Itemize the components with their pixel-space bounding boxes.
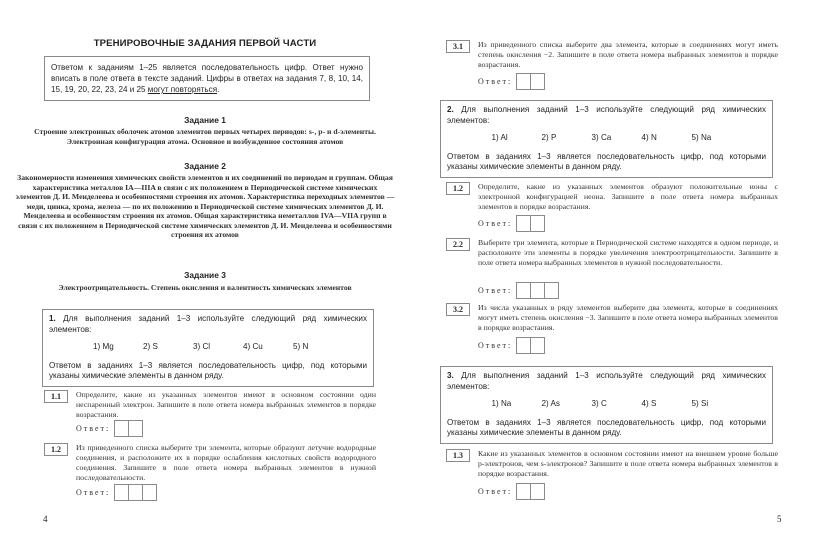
- element-3: 3) Ca: [592, 133, 622, 144]
- element-series-box-2: 2. Для выполнения заданий 1–3 используйт…: [440, 100, 773, 178]
- answer-label: Ответ:: [76, 488, 110, 497]
- element-5: 5) Si: [692, 399, 722, 410]
- question-text: Из приведенного списка выберите три элем…: [76, 443, 376, 483]
- question-text: Какие из указанных элементов в основном …: [478, 449, 778, 479]
- page-number: 5: [777, 514, 782, 524]
- element-4: 4) Cu: [243, 342, 273, 353]
- element-1: 1) Al: [492, 133, 522, 144]
- answer-field: Ответ:: [76, 420, 143, 437]
- answer-field: Ответ:: [76, 484, 157, 501]
- series-note: Ответом в заданиях 1–3 является последов…: [447, 418, 766, 439]
- task-description-1: Строение электронных оболочек атомов эле…: [20, 127, 390, 146]
- task-heading-2: Задание 2: [0, 161, 410, 171]
- element-1: 1) Mg: [93, 342, 123, 353]
- answer-cell[interactable]: [531, 216, 544, 231]
- element-2: 2) As: [542, 399, 572, 410]
- answer-cell[interactable]: [129, 485, 143, 500]
- task-description-2: Закономерности изменения химических свой…: [14, 173, 396, 240]
- question-number-badge: 1.1: [44, 390, 68, 403]
- question-number-badge: 1.3: [446, 449, 470, 462]
- element-1: 1) Na: [492, 399, 522, 410]
- task-heading-3: Задание 3: [0, 270, 410, 280]
- question-1-2-b: 1.2 Определите, какие из указанных элеме…: [446, 182, 786, 230]
- element-4: 4) N: [642, 133, 672, 144]
- answer-field: Ответ:: [478, 337, 545, 354]
- answer-cells[interactable]: [114, 484, 157, 501]
- answer-field: Ответ:: [478, 282, 559, 299]
- element-3: 3) C: [592, 399, 622, 410]
- right-page: 3.1 Из приведенного списка выберите два …: [410, 0, 820, 553]
- answer-cells[interactable]: [516, 483, 545, 500]
- task-description-3: Электроотрицательность. Степень окислени…: [20, 283, 390, 293]
- answer-format-notice: Ответом к заданиям 1–25 является последо…: [44, 56, 370, 101]
- answer-cell[interactable]: [531, 74, 544, 89]
- series-number: 2.: [447, 105, 454, 114]
- answer-cell[interactable]: [545, 283, 558, 298]
- answer-cell[interactable]: [517, 216, 531, 231]
- question-text: Из приведенного списка выберите два элем…: [478, 40, 778, 70]
- answer-cell[interactable]: [517, 484, 531, 499]
- question-3-1: 3.1 Из приведенного списка выберите два …: [446, 40, 786, 90]
- question-text: Определите, какие из указанных элементов…: [76, 390, 376, 420]
- question-1-1: 1.1 Определите, какие из указанных элеме…: [44, 390, 384, 440]
- answer-label: Ответ:: [478, 219, 512, 228]
- element-4: 4) S: [642, 399, 672, 410]
- left-page: ТРЕНИРОВОЧНЫЕ ЗАДАНИЯ ПЕРВОЙ ЧАСТИ Ответ…: [0, 0, 410, 553]
- answer-label: Ответ:: [76, 424, 110, 433]
- element-3: 3) Cl: [193, 342, 223, 353]
- element-5: 5) N: [293, 342, 323, 353]
- question-number-badge: 3.1: [446, 40, 470, 53]
- series-intro: Для выполнения заданий 1–3 используйте с…: [49, 314, 367, 334]
- series-note: Ответом в заданиях 1–3 является последов…: [447, 152, 766, 173]
- answer-cell[interactable]: [531, 283, 545, 298]
- question-3-2: 3.2 Из числа указанных в ряду элементов …: [446, 303, 786, 353]
- element-5: 5) Na: [692, 133, 722, 144]
- page-number: 4: [43, 514, 48, 524]
- series-number: 3.: [447, 371, 454, 380]
- answer-cell[interactable]: [517, 283, 531, 298]
- series-number: 1.: [49, 314, 56, 323]
- answer-cells[interactable]: [516, 73, 545, 90]
- answer-cell[interactable]: [129, 421, 142, 436]
- element-2: 2) P: [542, 133, 572, 144]
- answer-cell[interactable]: [531, 338, 544, 353]
- elements-row: 1) Na 2) As 3) C 4) S 5) Si: [447, 399, 766, 410]
- answer-label: Ответ:: [478, 341, 512, 350]
- element-2: 2) S: [143, 342, 173, 353]
- answer-cells[interactable]: [516, 337, 545, 354]
- notice-end: .: [217, 85, 219, 94]
- series-note: Ответом в заданиях 1–3 является последов…: [49, 361, 367, 382]
- answer-field: Ответ:: [478, 483, 545, 500]
- elements-row: 1) Mg 2) S 3) Cl 4) Cu 5) N: [49, 342, 367, 353]
- answer-cell[interactable]: [517, 74, 531, 89]
- element-series-box-1: 1. Для выполнения заданий 1–3 используйт…: [42, 309, 374, 387]
- answer-cell[interactable]: [517, 338, 531, 353]
- elements-row: 1) Al 2) P 3) Ca 4) N 5) Na: [447, 133, 766, 144]
- answer-cell[interactable]: [115, 421, 129, 436]
- series-intro: Для выполнения заданий 1–3 используйте с…: [447, 371, 766, 391]
- question-number-badge: 3.2: [446, 303, 470, 316]
- page-title: ТРЕНИРОВОЧНЫЕ ЗАДАНИЯ ПЕРВОЙ ЧАСТИ: [0, 38, 410, 49]
- question-1-3: 1.3 Какие из указанных элементов в основ…: [446, 449, 786, 504]
- answer-cells[interactable]: [516, 215, 545, 232]
- answer-field: Ответ:: [478, 215, 545, 232]
- answer-cells[interactable]: [516, 282, 559, 299]
- answer-cell[interactable]: [531, 484, 544, 499]
- question-text: Определите, какие из указанных элементов…: [478, 182, 778, 212]
- answer-label: Ответ:: [478, 286, 512, 295]
- answer-cell[interactable]: [143, 485, 156, 500]
- question-number-badge: 1.2: [44, 443, 68, 456]
- answer-label: Ответ:: [478, 487, 512, 496]
- question-number-badge: 1.2: [446, 182, 470, 195]
- answer-cells[interactable]: [114, 420, 143, 437]
- answer-field: Ответ:: [478, 73, 545, 90]
- answer-label: Ответ:: [478, 77, 512, 86]
- series-intro: Для выполнения заданий 1–3 используйте с…: [447, 105, 766, 125]
- element-series-box-3: 3. Для выполнения заданий 1–3 используйт…: [440, 366, 773, 444]
- notice-underlined: могут повторяться: [148, 85, 217, 94]
- question-text: Выберите три элемента, которые в Периоди…: [478, 238, 778, 268]
- question-2-2: 2.2 Выберите три элемента, которые в Пер…: [446, 238, 786, 296]
- task-heading-1: Задание 1: [0, 115, 410, 125]
- answer-cell[interactable]: [115, 485, 129, 500]
- question-number-badge: 2.2: [446, 238, 470, 251]
- question-text: Из числа указанных в ряду элементов выбе…: [478, 303, 778, 333]
- question-1-2: 1.2 Из приведенного списка выберите три …: [44, 443, 384, 503]
